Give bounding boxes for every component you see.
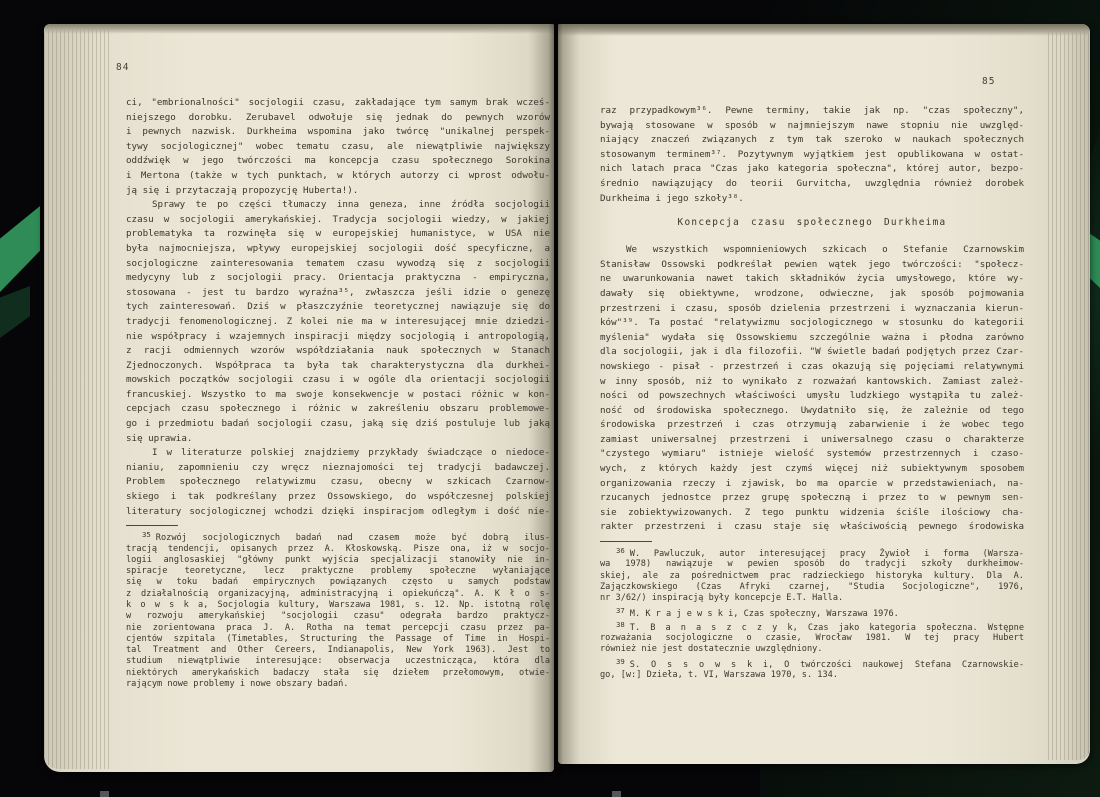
text-line: Durkheima i jego szkoły³⁸. [600, 192, 1024, 207]
book-scan-background: { "colors": { "background": "#060608", "… [0, 0, 1100, 797]
section-heading-durkheim: Koncepcja czasu społecznego Durkheima [600, 215, 1024, 230]
text-line: rakter przestrzeni i czasu staje się wła… [600, 520, 1024, 535]
text-line: średnio nawiązujący do teorii Gurvitcha,… [600, 177, 1024, 192]
text-line: wych, z których każdy jest czymś więcej … [600, 462, 1024, 477]
right-text-column: raz przypadkowym³⁶. Pewne terminy, takie… [600, 104, 1024, 684]
right-footnotes: 36W. Pawluczuk, autor interesującej prac… [600, 548, 1024, 681]
text-line: organizowania rzeczy i zjawisk, bo ma op… [600, 477, 1024, 492]
footnote-line: skiej, ale za pośrednictwem prac radziec… [600, 571, 1024, 582]
paragraph: ci, "embrionalności" socjologii czasu, z… [126, 96, 550, 198]
text-line: bywają stosowane w sposób w najmniejszym… [600, 119, 1024, 134]
footnote-line: go, [w:] Dzieła, t. VI, Warszawa 1970, s… [600, 670, 1024, 681]
text-line: myślenia" wydała się Ossowskiemu szczegó… [600, 331, 1024, 346]
paragraph: raz przypadkowym³⁶. Pewne terminy, takie… [600, 104, 1024, 206]
footnote-line: 39S. O s s o w s k i, O twórczości nauko… [600, 659, 1024, 670]
text-line: literatury socjologicznej wchodzi dzięki… [126, 505, 550, 520]
page-right: 85 raz przypadkowym³⁶. Pewne terminy, ta… [558, 24, 1090, 764]
footnote-line: tal Treatment and Other Cereers, Indiana… [126, 645, 550, 656]
right-body-paragraphs-top: raz przypadkowym³⁶. Pewne terminy, takie… [600, 104, 1024, 206]
text-line: nowskiego - pisał - przestrzeń i czas ok… [600, 360, 1024, 375]
text-line: nianiu, zapomnieniu czy wręcz nieznajomo… [126, 461, 550, 476]
text-line: zamiast uniwersalnej przestrzeni i uniwe… [600, 433, 1024, 448]
text-line: niejszego dorobku. Zerubavel odwołuje si… [126, 111, 550, 126]
footnote-line: studium niewątpliwie interesujące: obser… [126, 656, 550, 667]
text-line: rzucanych jednostce przez grupę społeczn… [600, 491, 1024, 506]
paragraph: We wszystkich wspomnieniowych szkicach o… [600, 243, 1024, 535]
scan-artifact [100, 791, 109, 797]
footnote-line: cjentów szpitala (Timetables, Structurin… [126, 634, 550, 645]
footnote-line: również nie jest dostatecznie uwzględnio… [600, 644, 1024, 655]
right-body-paragraphs-bottom: We wszystkich wspomnieniowych szkicach o… [600, 243, 1024, 535]
text-line: Sprawy te po części tłumaczy inna geneza… [126, 198, 550, 213]
text-line: z racji odmiennych wzorów współdziałania… [126, 344, 550, 359]
footnote-line: się w toku badań empirycznych powiązanyc… [126, 577, 550, 588]
paragraph: Sprawy te po części tłumaczy inna geneza… [126, 198, 550, 446]
text-line: cepcjach czasu społecznego i różnic w za… [126, 402, 550, 417]
text-line: ność od środowiska społecznego. Uwydatni… [600, 404, 1024, 419]
footnote-line: k o w s k a, Socjologia kultury, Warszaw… [126, 600, 550, 611]
scan-artifact [612, 791, 621, 797]
footnote-line: nie zorientowana praca J. A. Rotha na te… [126, 623, 550, 634]
text-line: nie współpracy i wzajemnych inspiracji m… [126, 330, 550, 345]
footnote-line: niektórych amerykańskich badaczy stała s… [126, 668, 550, 679]
footnote-line: w rozwoju amerykańskiej "socjologii czas… [126, 611, 550, 622]
footnote-number: 37 [616, 608, 625, 616]
text-line: francuskiej. Wszystko to ma swoje konsek… [126, 388, 550, 403]
text-line: problematyka ta rozwinęła się w europejs… [126, 227, 550, 242]
text-line: i pewnych nazwisk. Durkheima wspomina ja… [126, 125, 550, 140]
text-line: dawały się obiektywne, wrodzone, odwiecz… [600, 287, 1024, 302]
text-line: medycyny lub z socjologii pracy. Orienta… [126, 271, 550, 286]
text-line: była najmocniejsza, wpływy europejskiej … [126, 242, 550, 257]
paragraph: I w literaturze polskiej znajdziemy przy… [126, 446, 550, 519]
text-line: tych zainteresowań. Dziś w płaszczyźnie … [126, 300, 550, 315]
text-line: dla socjologii, jak i dla filozofii. "W … [600, 345, 1024, 360]
text-line: środowiska przestrzeń i czas otrzymują z… [600, 418, 1024, 433]
footnote-line: wa 1978) nawiązuje w pewien sposób do tr… [600, 559, 1024, 570]
text-line: ją się i przytaczają propozycję Huberta!… [126, 184, 550, 199]
left-body-paragraphs: ci, "embrionalności" socjologii czasu, z… [126, 96, 550, 519]
page-stack-edge-left [44, 29, 112, 769]
page-number-right: 85 [982, 76, 995, 87]
text-line: I w literaturze polskiej znajdziemy przy… [126, 446, 550, 461]
page-top-edge [558, 24, 1090, 36]
text-line: niający znaczeń związanych z tym tak sze… [600, 133, 1024, 148]
page-stack-edge-right [1048, 30, 1090, 760]
footnote-number: 38 [616, 622, 625, 630]
text-line: przestrzeni i czasu, sposób dzielenia pr… [600, 302, 1024, 317]
text-line: oddźwięk w jego twórczości ma koncepcja … [126, 154, 550, 169]
text-line: go i przedmiotu badań socjologii czasu, … [126, 417, 550, 432]
footnote-39: 39S. O s s o w s k i, O twórczości nauko… [600, 659, 1024, 682]
text-line: socjologiczne zainteresowania tematem cz… [126, 257, 550, 272]
footnote-number: 35 [142, 532, 151, 540]
footnote-line: 38T. B a n a s z c z y k, Czas jako kate… [600, 622, 1024, 633]
footnote-line: z działalnością organizacyjną, administr… [126, 589, 550, 600]
footnote-rule [600, 541, 652, 542]
text-line: się uprawia. [126, 432, 550, 447]
text-line: tradycji fenomenologicznej. Z kolei nie … [126, 315, 550, 330]
footnote-number: 39 [616, 659, 625, 667]
text-line: ne uwarunkowania nawet takich składników… [600, 272, 1024, 287]
text-line: "czystego wymiaru" istnieje wielość syst… [600, 447, 1024, 462]
text-line: tywy socjologicznej" wobec tematu czasu,… [126, 140, 550, 155]
footnote-number: 36 [616, 548, 625, 556]
text-line: ności od powszechnych właściwości umysłu… [600, 389, 1024, 404]
footnote-line: tracją tendencji, opisanych przez A. Kło… [126, 544, 550, 555]
footnote-35: 35Rozwój socjologicznych badań nad czase… [126, 532, 550, 690]
text-line: mowskich początków socjologii czasu i w … [126, 373, 550, 388]
footnote-line: logii anglosaskiej "główny punkt wyjścia… [126, 555, 550, 566]
text-line: nich latach praca "Czas jako kategoria s… [600, 162, 1024, 177]
text-line: czasu w socjologii amerykańskiej. Tradyc… [126, 213, 550, 228]
text-line: skiego i tak podkreślany przez Ossowskie… [126, 490, 550, 505]
text-line: We wszystkich wspomnieniowych szkicach o… [600, 243, 1024, 258]
text-line: raz przypadkowym³⁶. Pewne terminy, takie… [600, 104, 1024, 119]
footnote-line: nr 3/62/) inspiracją były koncepcje E.T.… [600, 593, 1024, 604]
footnote-line: spiracje teoretyczne, lecz praktyczne pr… [126, 566, 550, 577]
text-line: ci, "embrionalności" socjologii czasu, z… [126, 96, 550, 111]
footnote-line: rozważania socjologiczne o czasie, Wrocł… [600, 633, 1024, 644]
text-line: w inny sposób, niż to wynikało z rozważa… [600, 375, 1024, 390]
footnote-rule [126, 525, 178, 526]
footnote-line: rającym nowe problemy i nowe obszary bad… [126, 679, 550, 690]
text-line: Stanisław Ossowski podkreślał pewien wąt… [600, 258, 1024, 273]
footnote-36: 36W. Pawluczuk, autor interesującej prac… [600, 548, 1024, 604]
footnote-line: 37M. K r a j e w s k i, Czas społeczny, … [600, 608, 1024, 619]
text-line: sie zobiektywizowanych. Z tego punktu wi… [600, 506, 1024, 521]
footnote-37: 37M. K r a j e w s k i, Czas społeczny, … [600, 608, 1024, 619]
page-left: 84 ci, "embrionalności" socjologii czasu… [44, 24, 554, 772]
left-text-column: ci, "embrionalności" socjologii czasu, z… [126, 96, 550, 693]
text-line: stosowanym terminem³⁷. Pozytywnym wyjątk… [600, 148, 1024, 163]
footnote-line: 35Rozwój socjologicznych badań nad czase… [126, 532, 550, 543]
text-line: i Mertona (także w tych punktach, w któr… [126, 169, 550, 184]
green-band-left-shadow [0, 286, 30, 338]
gutter-shadow [558, 24, 580, 764]
page-top-edge [44, 24, 554, 34]
footnote-38: 38T. B a n a s z c z y k, Czas jako kate… [600, 622, 1024, 656]
text-line: stosowana - jest tu bardzo wyraźna³⁵, zw… [126, 286, 550, 301]
footnote-line: Zajączkowskiego (Czas Afryki czarnej, "S… [600, 582, 1024, 593]
left-footnotes: 35Rozwój socjologicznych badań nad czase… [126, 532, 550, 690]
green-band-left [0, 206, 40, 292]
text-line: ków"³⁹. Ta postać "relatywizmu socjologi… [600, 316, 1024, 331]
footnote-line: 36W. Pawluczuk, autor interesującej prac… [600, 548, 1024, 559]
text-line: Problem społecznego relatywizmu czasu, o… [126, 475, 550, 490]
page-number-left: 84 [116, 62, 129, 73]
text-line: Zjednoczonych. Współpraca ta była tak ch… [126, 359, 550, 374]
